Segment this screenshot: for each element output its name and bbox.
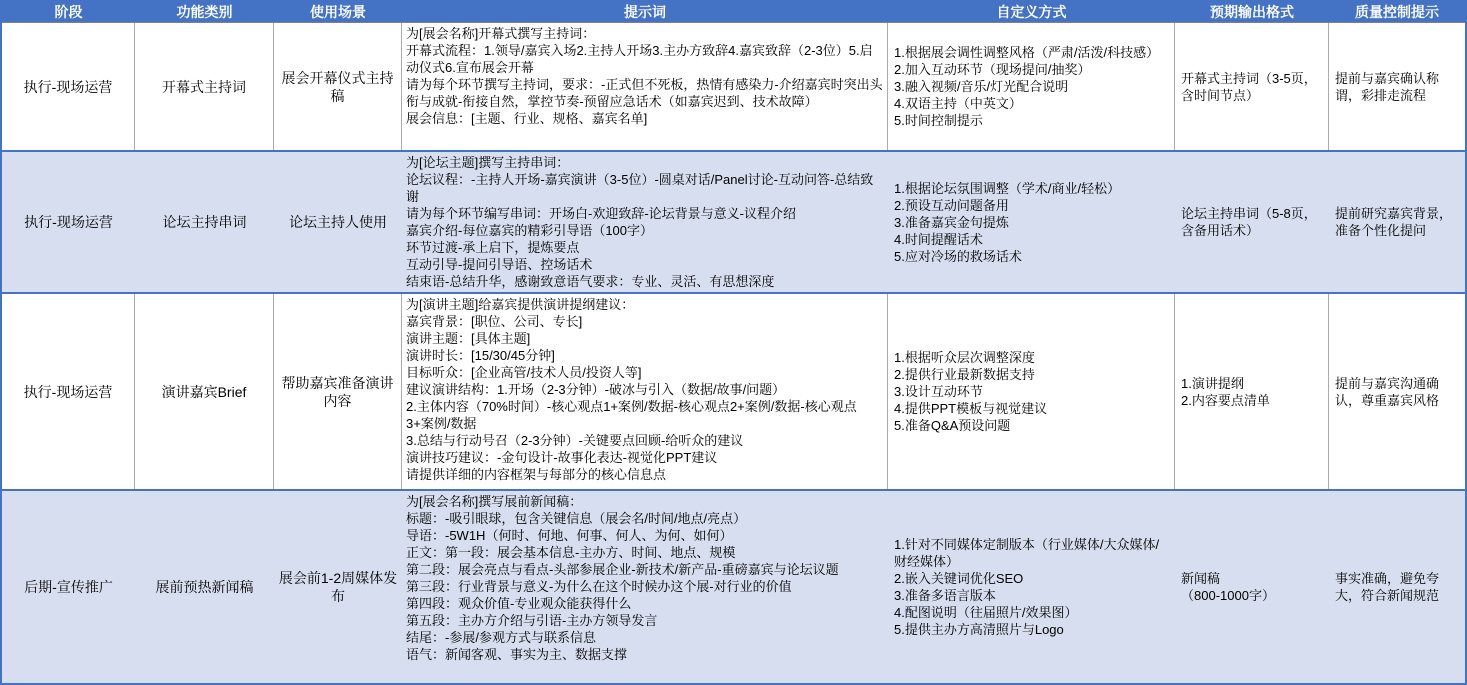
cell-phase[interactable]: 后期-宣传推广 [2, 491, 135, 683]
cell-quality-control[interactable]: 提前与嘉宾沟通确认，尊重嘉宾风格 [1329, 294, 1465, 489]
cell-output-format[interactable]: 新闻稿 （800-1000字） [1175, 491, 1329, 683]
cell-scenario[interactable]: 论坛主持人使用 [274, 152, 402, 292]
cell-customization[interactable]: 1.根据听众层次调整深度 2.提供行业最新数据支持 3.设计互动环节 4.提供P… [888, 294, 1175, 489]
cell-quality-control[interactable]: 事实准确，避免夸大，符合新闻规范 [1329, 491, 1465, 683]
cell-phase[interactable]: 执行-现场运营 [2, 294, 135, 489]
cell-output-format[interactable]: 1.演讲提纲 2.内容要点清单 [1175, 294, 1329, 489]
cell-prompt[interactable]: 为[展会名称]撰写展前新闻稿： 标题：-吸引眼球，包含关键信息（展会名/时间/地… [402, 491, 888, 683]
cell-output-format[interactable]: 论坛主持串词（5-8页，含备用话术） [1175, 152, 1329, 292]
cell-output-format[interactable]: 开幕式主持词（3-5页，含时间节点） [1175, 23, 1329, 150]
cell-prompt[interactable]: 为[论坛主题]撰写主持串词： 论坛议程：-主持人开场-嘉宾演讲（3-5位）-圆桌… [402, 152, 888, 292]
table-row-speaker-brief: 执行-现场运营 演讲嘉宾Brief 帮助嘉宾准备演讲内容 为[演讲主题]给嘉宾提… [2, 292, 1465, 489]
cell-category[interactable]: 演讲嘉宾Brief [135, 294, 274, 489]
cell-quality-control[interactable]: 提前与嘉宾确认称谓，彩排走流程 [1329, 23, 1465, 150]
cell-customization[interactable]: 1.根据展会调性调整风格（严肃/活泼/科技感） 2.加入互动环节（现场提问/抽奖… [888, 23, 1175, 150]
cell-scenario[interactable]: 帮助嘉宾准备演讲内容 [274, 294, 402, 489]
cell-category[interactable]: 展前预热新闻稿 [135, 491, 274, 683]
header-col-phase[interactable]: 阶段 [2, 2, 135, 22]
header-col-quality-control[interactable]: 质量控制提示 [1329, 2, 1465, 22]
cell-scenario[interactable]: 展会前1-2周媒体发布 [274, 491, 402, 683]
cell-phase[interactable]: 执行-现场运营 [2, 23, 135, 150]
cell-prompt[interactable]: 为[展会名称]开幕式撰写主持词： 开幕式流程：1.领导/嘉宾入场2.主持人开场3… [402, 23, 888, 150]
header-col-customization[interactable]: 自定义方式 [888, 2, 1175, 22]
cell-customization[interactable]: 1.针对不同媒体定制版本（行业媒体/大众媒体/财经媒体） 2.嵌入关键词优化SE… [888, 491, 1175, 683]
header-col-category[interactable]: 功能类别 [135, 2, 274, 22]
header-col-scenario[interactable]: 使用场景 [274, 2, 402, 22]
cell-phase[interactable]: 执行-现场运营 [2, 152, 135, 292]
cell-customization[interactable]: 1.根据论坛氛围调整（学术/商业/轻松） 2.预设互动问题备用 3.准备嘉宾金句… [888, 152, 1175, 292]
cell-quality-control[interactable]: 提前研究嘉宾背景，准备个性化提问 [1329, 152, 1465, 292]
table-header-row: 阶段 功能类别 使用场景 提示词 自定义方式 预期输出格式 质量控制提示 [2, 2, 1465, 23]
table-row-forum-host: 执行-现场运营 论坛主持串词 论坛主持人使用 为[论坛主题]撰写主持串词： 论坛… [2, 150, 1465, 292]
header-col-prompt[interactable]: 提示词 [402, 2, 888, 22]
table-row-opening-ceremony: 执行-现场运营 开幕式主持词 展会开幕仪式主持稿 为[展会名称]开幕式撰写主持词… [2, 23, 1465, 150]
cell-category[interactable]: 论坛主持串词 [135, 152, 274, 292]
cell-category[interactable]: 开幕式主持词 [135, 23, 274, 150]
prompt-template-table: 阶段 功能类别 使用场景 提示词 自定义方式 预期输出格式 质量控制提示 执行-… [0, 0, 1467, 685]
cell-prompt[interactable]: 为[演讲主题]给嘉宾提供演讲提纲建议： 嘉宾背景：[职位、公司、专长] 演讲主题… [402, 294, 888, 489]
header-col-output-format[interactable]: 预期输出格式 [1175, 2, 1329, 22]
cell-scenario[interactable]: 展会开幕仪式主持稿 [274, 23, 402, 150]
table-row-press-release: 后期-宣传推广 展前预热新闻稿 展会前1-2周媒体发布 为[展会名称]撰写展前新… [2, 489, 1465, 683]
